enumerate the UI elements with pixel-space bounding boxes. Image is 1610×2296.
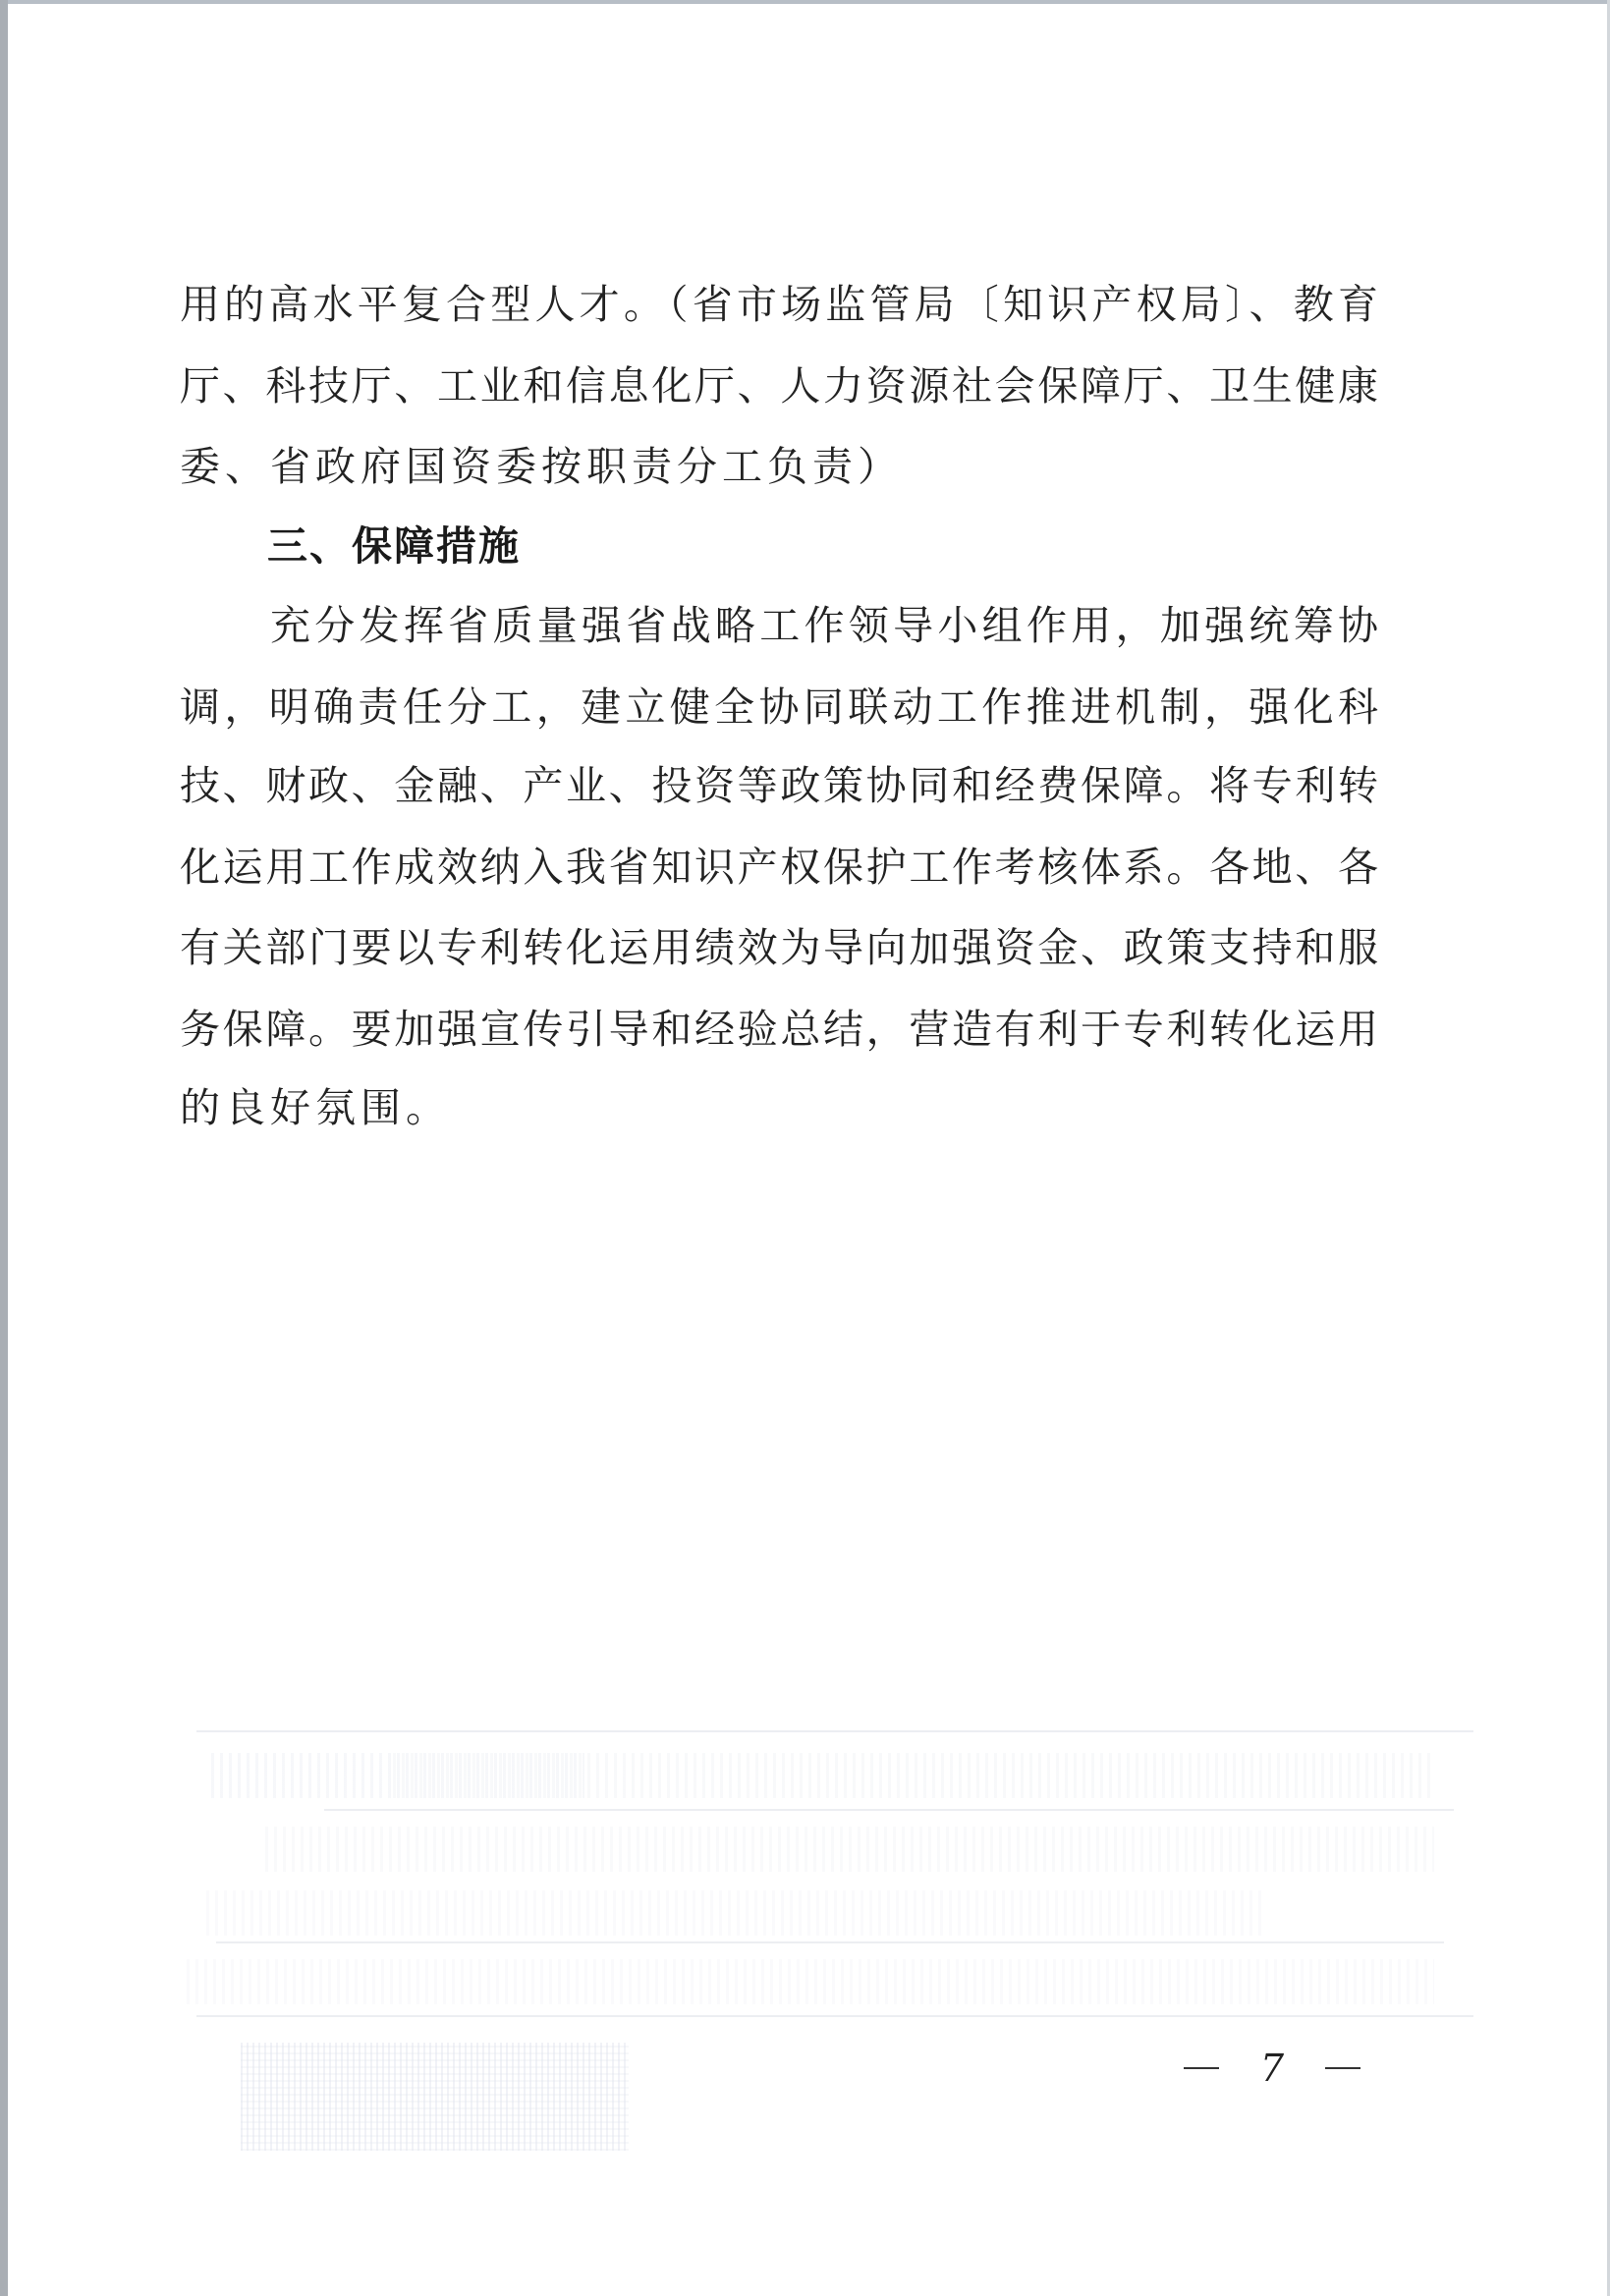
faded-text-block [187,1959,1434,2004]
body-line: 调，明确责任分工，建立健全协同联动工作推进机制，强化科 [180,678,1378,737]
body-line: 厅、科技厅、工业和信息化厅、人力资源社会保障厅、卫生健康 [180,356,1378,415]
faded-rule [216,1941,1444,1943]
page-number: 7 [1184,2045,1360,2092]
faded-text-block [265,1827,1434,1872]
faded-smudge [241,2043,629,2151]
body-line: 委、省政府国资委按职责分工负责） [180,437,1378,496]
body-line: 用的高水平复合型人才。（省市场监管局〔知识产权局〕、教育 [180,275,1378,334]
body-line: 务保障。要加强宣传引导和经验总结，营造有利于专利转化运用 [180,1000,1378,1059]
body-line: 技、财政、金融、产业、投资等政策协同和经费保障。将专利转 [180,756,1378,815]
document-page: 用的高水平复合型人才。（省市场监管局〔知识产权局〕、教育 厅、科技厅、工业和信息… [0,0,1610,2296]
faded-text-block [206,1890,1267,1936]
scan-edge-left [0,0,8,2296]
dash-left [1184,2067,1219,2069]
faded-rule [196,2015,1473,2017]
scan-edge-top [0,0,1610,4]
section-heading: 三、保障措施 [267,517,521,575]
body-line: 化运用工作成效纳入我省知识产权保护工作考核体系。各地、各 [180,838,1378,897]
body-line: 有关部门要以专利转化运用绩效为导向加强资金、政策支持和服 [180,918,1378,977]
body-line: 的良好氛围。 [180,1078,1378,1137]
dash-right [1325,2067,1360,2069]
body-line: 充分发挥省质量强省战略工作领导小组作用，加强统筹协 [270,596,1378,655]
faded-rule [324,1809,1454,1811]
faded-text-block [393,1753,1434,1798]
faded-rule [196,1730,1473,1732]
page-number-value: 7 [1260,2047,1284,2090]
